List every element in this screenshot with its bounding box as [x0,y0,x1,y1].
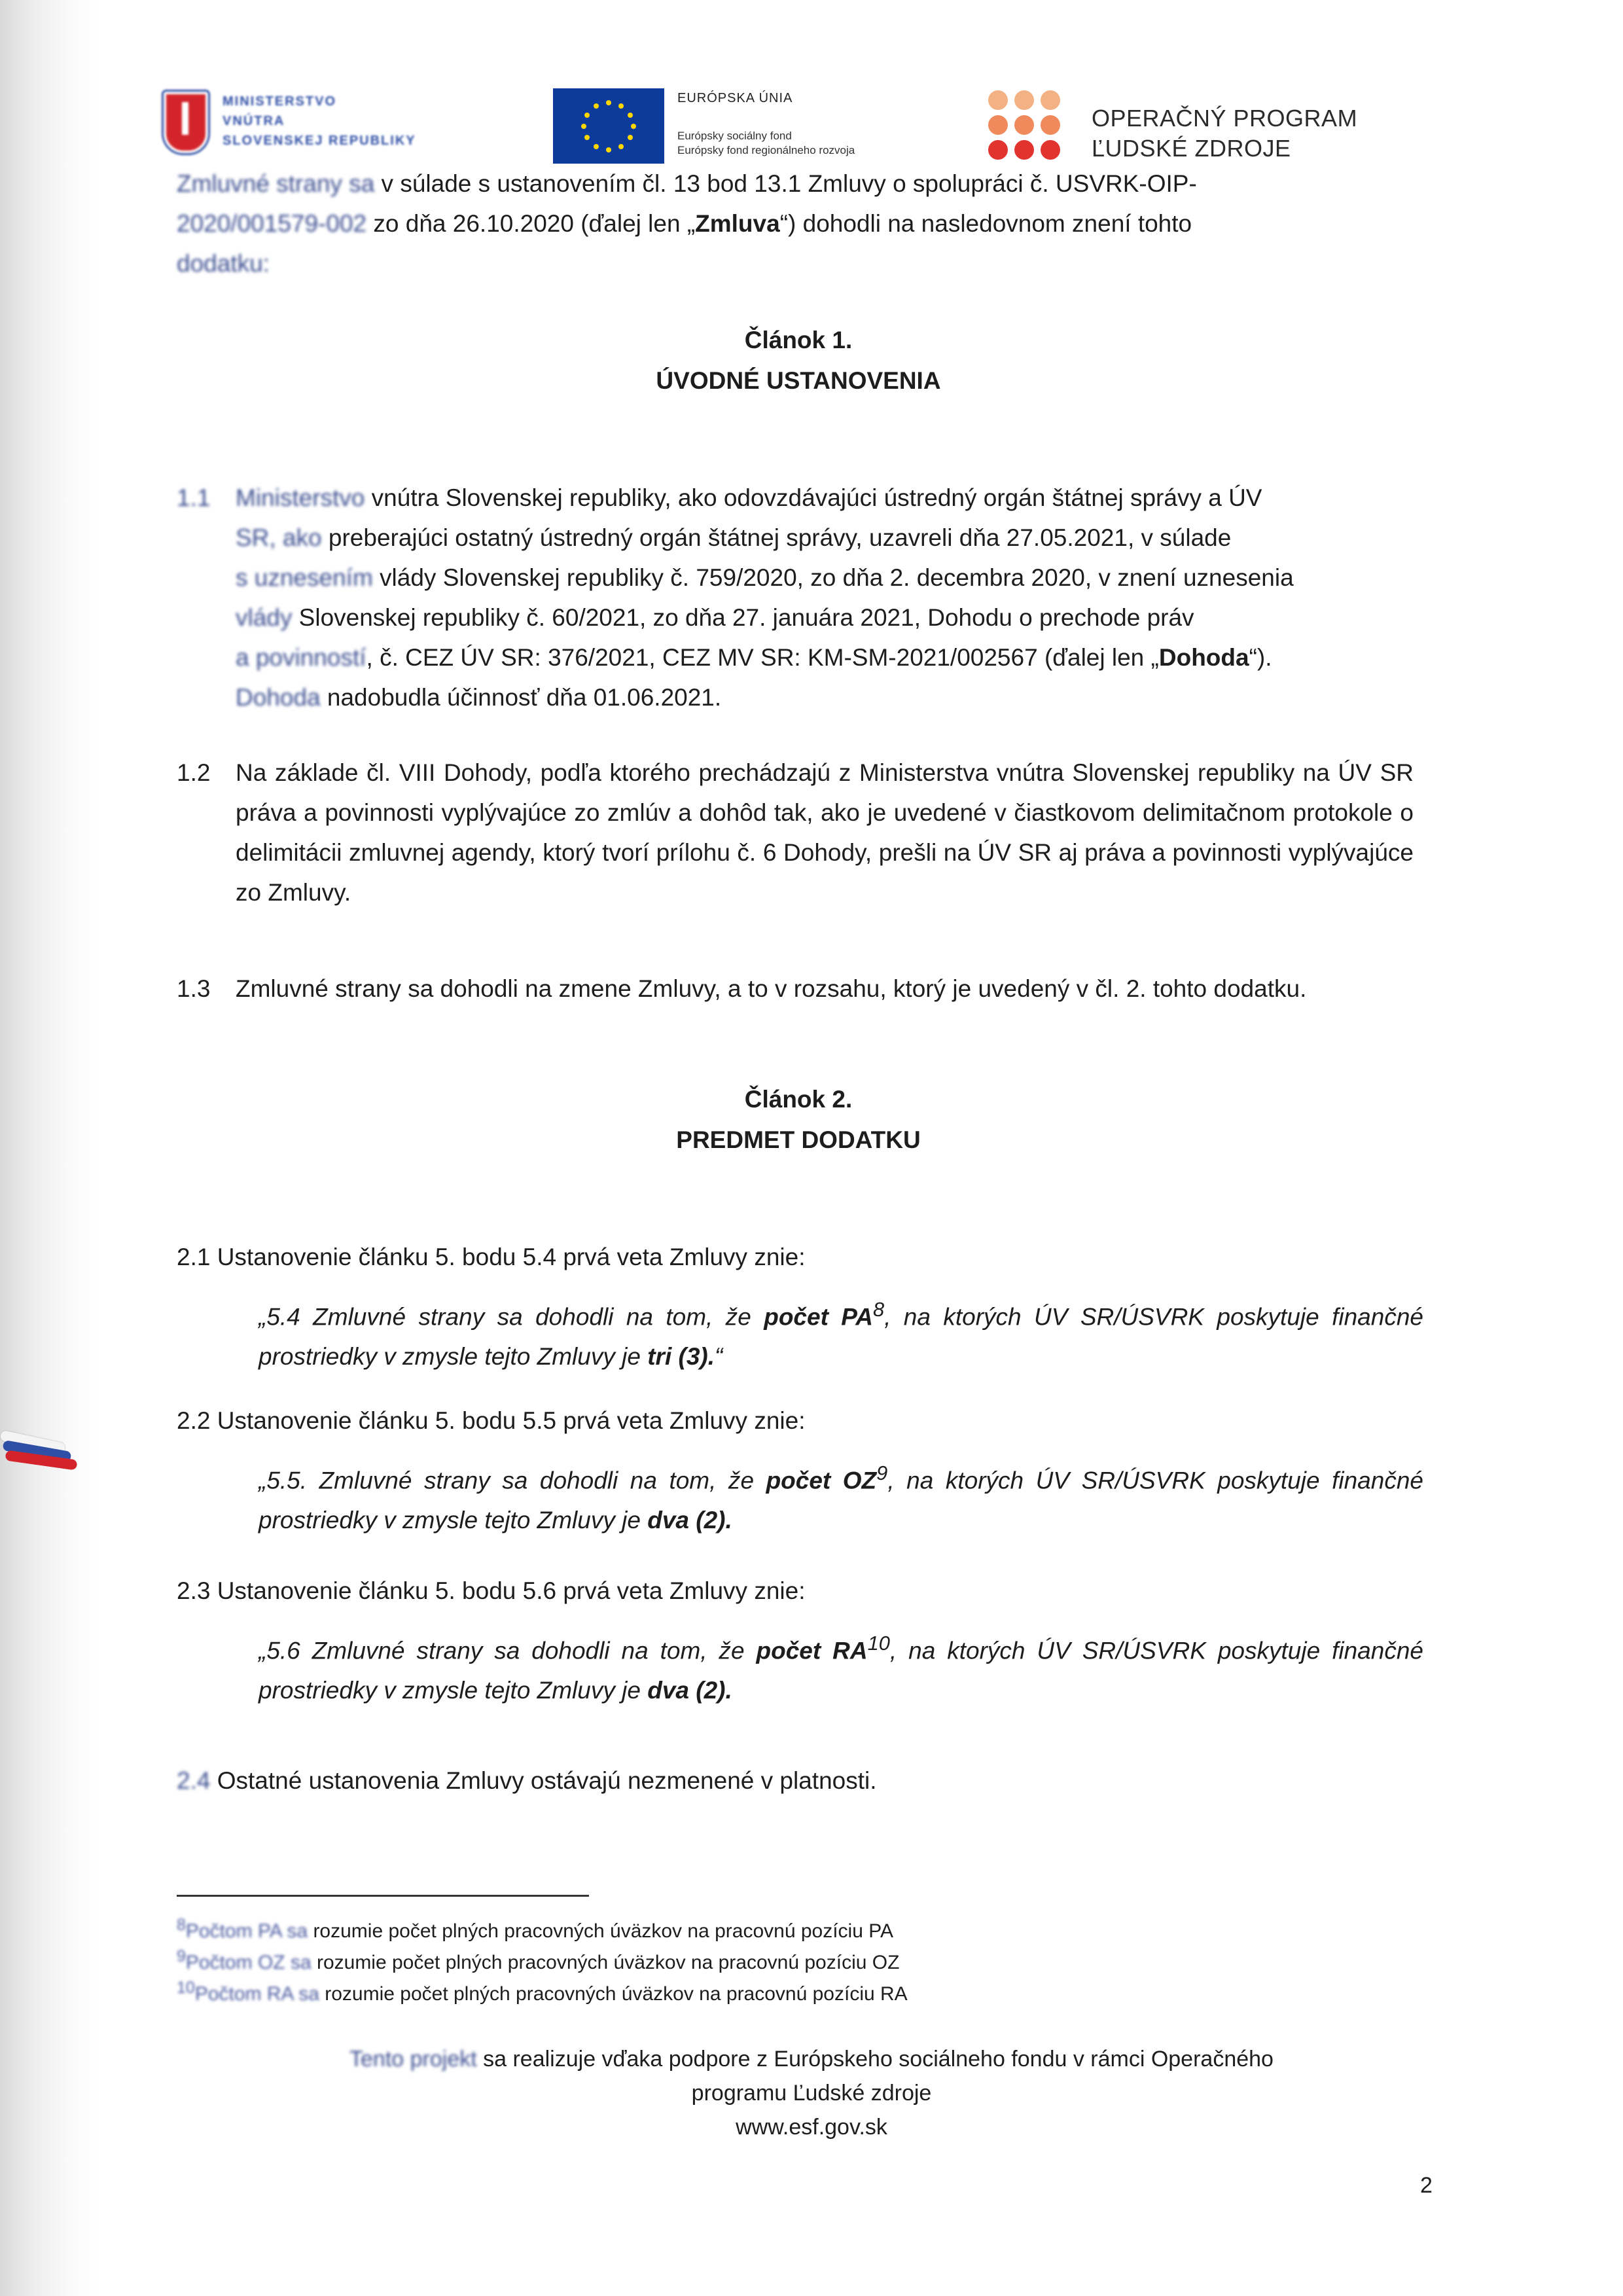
eu-flag-icon [553,88,664,164]
clause-text: Zmluvné strany sa dohodli na zmene Zmluv… [236,969,1414,1009]
ministry-logo-line3: SLOVENSKEJ REPUBLIKY [223,131,416,151]
redacted-text: SR, ako [236,524,322,551]
page-header: MINISTERSTVO VNÚTRA SLOVENSKEJ REPUBLIKY… [164,72,1446,170]
clause-text: vlády Slovenskej republiky č. 759/2020, … [373,564,1294,591]
clause-number: 1.2 [177,753,210,793]
footnote-10: 10Počtom RA sa rozumie počet plných prac… [177,1974,1289,2008]
op-dot-icon [1014,115,1034,135]
clause-label: 2.3 Ustanovenie článku 5. bodu 5.6 prvá … [177,1571,1420,1611]
footnote-ref: 10 [868,1632,890,1655]
redacted-text: 2.4 [177,1767,210,1794]
footnote-ref: 9 [876,1462,887,1484]
op-logo-line1: OPERAČNÝ PROGRAM [1092,103,1357,134]
intro-text: v súlade s ustanovením čl. 13 bod 13.1 Z… [374,170,1197,197]
redacted-text: s uznesením [236,564,373,591]
footnote-mark: 10 [177,1979,195,1997]
clause-2-2: 2.2 Ustanovenie článku 5. bodu 5.5 prvá … [177,1401,1420,1441]
clause-label: 2.1 Ustanovenie článku 5. bodu 5.4 prvá … [177,1237,1420,1277]
article2-title: PREDMET DODATKU [177,1121,1420,1160]
clause-quote: „5.6 Zmluvné strany sa dohodli na tom, ž… [259,1623,1423,1710]
clause-number: 1.3 [177,969,210,1009]
eu-logo-line1: Európsky sociálny fond [677,129,855,143]
footnote-ref: 8 [873,1298,884,1321]
redacted-text: Počtom PA sa [186,1920,308,1942]
quote-text: “ [715,1343,722,1370]
redacted-text: Tento projekt [349,2047,477,2072]
clause-2-3: 2.3 Ustanovenie článku 5. bodu 5.6 prvá … [177,1571,1420,1611]
eu-logo-title: EURÓPSKA ÚNIA [677,91,793,106]
footnote-text: rozumie počet plných pracovných úväzkov … [312,1952,900,1973]
op-dot-icon [1041,115,1060,135]
clause-text: , č. CEZ ÚV SR: 376/2021, CEZ MV SR: KM-… [366,644,1159,671]
article1-title: ÚVODNÉ USTANOVENIA [177,361,1420,401]
article1-heading: Článok 1. [177,321,1420,360]
footer-text: sa realizuje vďaka podpore z Európskeho … [477,2047,1274,2072]
scan-shadow-edge [0,0,98,2296]
footnote-8: 8Počtom PA sa rozumie počet plných praco… [177,1911,1289,1945]
eu-logo: EURÓPSKA ÚNIA Európsky sociálny fond Eur… [553,88,946,167]
footnote-text: rozumie počet plných pracovných úväzkov … [308,1920,893,1942]
op-dots-icon [988,90,1080,162]
intro-text: zo dňa 26.10.2020 (ďalej len „ [366,210,695,237]
page-number: 2 [1420,2173,1433,2198]
quote-bold: dva (2). [647,1677,732,1704]
footnote-9: 9Počtom OZ sa rozumie počet plných praco… [177,1943,1289,1977]
footnote-mark: 9 [177,1947,186,1965]
clause-label: Ostatné ustanovenia Zmluvy ostávajú nezm… [210,1767,876,1794]
op-dot-icon [1014,140,1034,160]
coat-of-arms-icon [164,92,208,153]
clause-number: 1.1 [177,478,210,518]
eu-logo-line2: Európsky fond regionálneho rozvoja [677,143,855,158]
intro-bold: Zmluva [695,210,780,237]
redacted-text: Dohoda [236,684,321,711]
clause-label: 2.2 Ustanovenie článku 5. bodu 5.5 prvá … [177,1401,1420,1441]
clause-2-1: 2.1 Ustanovenie článku 5. bodu 5.4 prvá … [177,1237,1420,1277]
quote-bold: počet PA [764,1303,873,1330]
clause-quote: „5.5. Zmluvné strany sa dohodli na tom, … [259,1453,1423,1540]
clause-text: nadobudla účinnosť dňa 01.06.2021. [321,684,722,711]
clause-bold: Dohoda [1159,644,1249,671]
ministry-logo-line2: VNÚTRA [223,111,416,131]
intro-paragraph: Zmluvné strany sa v súlade s ustanovením… [177,164,1420,283]
clause-text: Slovenskej republiky č. 60/2021, zo dňa … [292,604,1194,631]
quote-bold: dva (2). [647,1507,732,1534]
op-dot-icon [1014,90,1034,110]
quote-text: „5.6 Zmluvné strany sa dohodli na tom, ž… [259,1637,757,1664]
footer-text: programu Ľudské zdroje [196,2076,1427,2110]
op-dot-icon [988,115,1008,135]
op-dot-icon [1041,90,1060,110]
page-footer: Tento projekt sa realizuje vďaka podpore… [196,2042,1427,2144]
quote-bold: počet OZ [766,1467,877,1494]
op-dot-icon [988,90,1008,110]
op-dot-icon [1041,140,1060,160]
footnote-mark: 8 [177,1916,186,1934]
clause-quote: „5.4 Zmluvné strany sa dohodli na tom, ž… [259,1289,1423,1376]
redacted-text: vlády [236,604,292,631]
redacted-text: 2020/001579-002 [177,210,366,237]
footer-url: www.esf.gov.sk [196,2110,1427,2144]
clause-2-4: 2.4 Ostatné ustanovenia Zmluvy ostávajú … [177,1761,1420,1801]
op-logo-line2: ĽUDSKÉ ZDROJE [1092,134,1357,164]
intro-text: “) dohodli na nasledovnom znení tohto [780,210,1192,237]
clause-text: preberajúci ostatný ústredný orgán štátn… [322,524,1232,551]
clause-text: Na základe čl. VIII Dohody, podľa ktoréh… [236,753,1414,912]
op-logo: OPERAČNÝ PROGRAM ĽUDSKÉ ZDROJE [988,84,1446,169]
clause-text: vnútra Slovenskej republiky, ako odovzdá… [365,484,1262,511]
quote-text: „5.5. Zmluvné strany sa dohodli na tom, … [259,1467,766,1494]
quote-bold: počet RA [757,1637,868,1664]
footnote-text: rozumie počet plných pracovných úväzkov … [319,1983,908,2005]
footnote-divider [177,1895,589,1897]
quote-bold: tri (3). [647,1343,715,1370]
redacted-text: Počtom RA sa [195,1983,319,2005]
redacted-text: Ministerstvo [236,484,365,511]
binding-ribbon [0,1437,85,1476]
ministry-logo-line1: MINISTERSTVO [223,92,416,111]
ministry-logo: MINISTERSTVO VNÚTRA SLOVENSKEJ REPUBLIKY [164,92,504,170]
op-dot-icon [988,140,1008,160]
redacted-text: dodatku: [177,250,270,277]
redacted-text: Zmluvné strany sa [177,170,374,197]
article2-heading: Článok 2. [177,1080,1420,1119]
redacted-text: Počtom OZ sa [186,1952,312,1973]
clause-text: “). [1249,644,1272,671]
redacted-text: a povinností [236,644,366,671]
quote-text: „5.4 Zmluvné strany sa dohodli na tom, ž… [259,1303,764,1330]
